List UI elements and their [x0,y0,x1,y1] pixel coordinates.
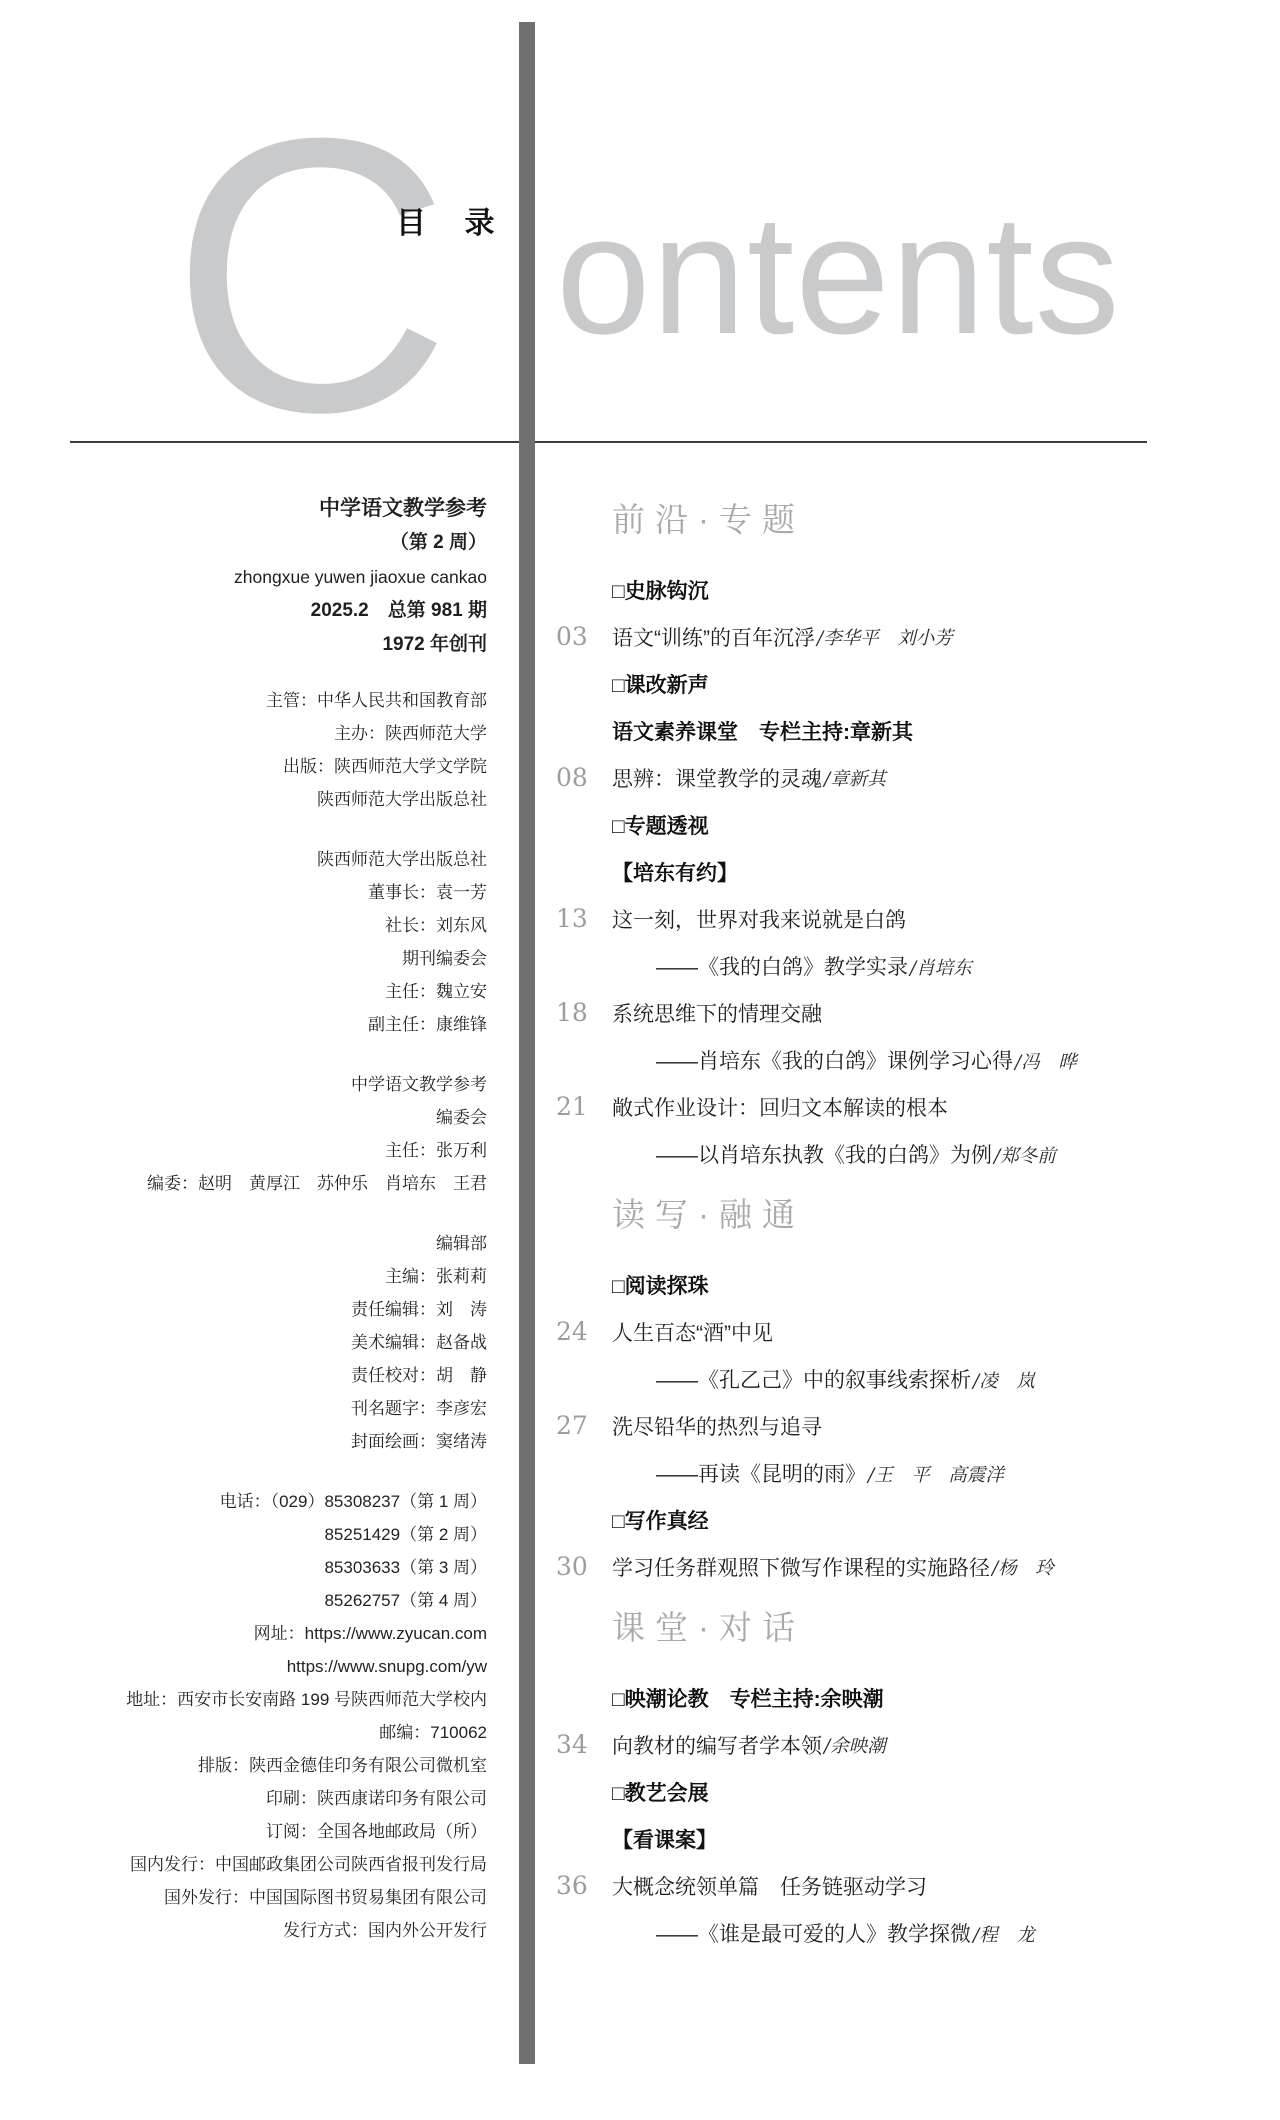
column-header: □教艺会展 [556,1777,709,1807]
toc-entry: □写作真经 [556,1496,1236,1543]
contents-list: 前沿·专题□史脉钩沉03语文“训练”的百年沉浮/李华平 刘小芳□课改新声语文素养… [556,500,1236,1956]
info-line: 责任编辑：刘 涛 [55,1293,487,1326]
info-line: 编委：赵明 黄厚江 苏仲乐 肖培东 王君 [55,1167,487,1200]
toc-entry: 27洗尽铅华的热烈与追寻 [556,1402,1236,1449]
info-line: 编辑部 [55,1227,487,1260]
masthead-block: 中学语文教学参考 （第 2 周） zhongxue yuwen jiaoxue … [55,492,487,662]
page-number: 27 [556,1411,612,1440]
page-number: 34 [556,1730,612,1759]
toc-entry: □教艺会展 [556,1768,1236,1815]
toc-entry: 36大概念统领单篇 任务链驱动学习 [556,1862,1236,1909]
toc-entry: □课改新声 [556,660,1236,707]
issue-number: 2025.2 总第 981 期 [55,594,487,628]
vertical-divider-bar [519,22,535,2064]
info-line: 期刊编委会 [55,942,487,975]
toc-entry: □史脉钩沉 [556,566,1236,613]
article-subtitle-text: ——《我的白鸽》教学实录 [656,956,908,979]
toc-cn-title: 目 录 [396,198,508,242]
column-header: □史脉钩沉 [556,575,709,605]
info-line: 发行方式：国内外公开发行 [55,1914,487,1947]
toc-entry: ——《谁是最可爱的人》教学探微/程 龙 [556,1909,1236,1956]
toc-entry: 21敞式作业设计：回归文本解读的根本 [556,1083,1236,1130]
info-block: 电话：（029）85308237（第 1 周）85251429（第 2 周）85… [55,1485,487,1947]
page-number: 30 [556,1552,612,1581]
article-title: 学习任务群观照下微写作课程的实施路径 [612,1552,990,1582]
info-line: 社长：刘东风 [55,909,487,942]
contents-watermark-c: C [170,80,452,470]
info-line: 陕西师范大学出版总社 [55,783,487,816]
info-line: 主任：魏立安 [55,975,487,1008]
toc-entry: □专题透视 [556,801,1236,848]
page-number: 36 [556,1871,612,1900]
article-authors: /余映潮 [824,1732,886,1758]
section-heading: 读写·融通 [612,1195,1236,1235]
article-subtitle: ——《谁是最可爱的人》教学探微/程 龙 [556,1918,1035,1948]
article-authors: /冯 晔 [1015,1052,1077,1073]
info-line: https://www.snupg.com/yw [55,1650,487,1683]
article-authors: /凌 岚 [973,1371,1035,1392]
info-line: 陕西师范大学出版总社 [55,843,487,876]
info-line: 印刷：陕西康诺印务有限公司 [55,1782,487,1815]
info-line: 主任：张万利 [55,1134,487,1167]
toc-entry: 34向教材的编写者学本领/余映潮 [556,1721,1236,1768]
toc-page: C ontents 目 录 中学语文教学参考 （第 2 周） zhongxue … [0,0,1280,2120]
info-block: 编辑部主编：张莉莉责任编辑：刘 涛美术编辑：赵备战责任校对：胡 静刊名题字：李彦… [55,1227,487,1458]
info-line: 董事长：袁一芳 [55,876,487,909]
info-line: 85303633（第 3 周） [55,1551,487,1584]
column-header: □写作真经 [556,1505,709,1535]
article-title: 系统思维下的情理交融 [612,998,822,1028]
article-subtitle: ——再读《昆明的雨》/王 平 高震洋 [556,1458,1004,1488]
info-line: 地址：西安市长安南路 199 号陕西师范大学校内 [55,1683,487,1716]
info-line: 85262757（第 4 周） [55,1584,487,1617]
article-subtitle-text: ——再读《昆明的雨》 [656,1463,866,1486]
page-number: 08 [556,763,612,792]
article-authors: /李华平 刘小芳 [817,624,953,650]
toc-entry: 18系统思维下的情理交融 [556,989,1236,1036]
info-line: 封面绘画：窦绪涛 [55,1425,487,1458]
page-number: 03 [556,622,612,651]
article-authors: /程 龙 [973,1925,1035,1946]
article-authors: /郑冬前 [994,1146,1056,1167]
article-authors: /章新其 [824,765,886,791]
toc-entry: ——再读《昆明的雨》/王 平 高震洋 [556,1449,1236,1496]
info-line: 主办：陕西师范大学 [55,717,487,750]
article-subtitle: ——《孔乙己》中的叙事线索探析/凌 岚 [556,1364,1035,1394]
column-header: □专题透视 [556,810,709,840]
page-number: 21 [556,1092,612,1121]
info-line: 85251429（第 2 周） [55,1518,487,1551]
article-title: 敞式作业设计：回归文本解读的根本 [612,1092,948,1122]
info-line: 美术编辑：赵备战 [55,1326,487,1359]
toc-entry: 【看课案】 [556,1815,1236,1862]
article-title: 这一刻，世界对我来说就是白鸽 [612,904,906,934]
info-block: 主管：中华人民共和国教育部主办：陕西师范大学出版：陕西师范大学文学院陕西师范大学… [55,684,487,816]
article-title: 人生百态“酒”中见 [612,1317,773,1347]
article-subtitle: ——肖培东《我的白鸽》课例学习心得/冯 晔 [556,1045,1077,1075]
page-number: 18 [556,998,612,1027]
info-line: 订阅：全国各地邮政局（所） [55,1815,487,1848]
article-title: 洗尽铅华的热烈与追寻 [612,1411,822,1441]
article-authors: /王 平 高震洋 [868,1465,1004,1486]
info-block: 中学语文教学参考编委会主任：张万利编委：赵明 黄厚江 苏仲乐 肖培东 王君 [55,1068,487,1200]
toc-entry: □阅读探珠 [556,1261,1236,1308]
info-line: 责任校对：胡 静 [55,1359,487,1392]
article-subtitle-text: ——以肖培东执教《我的白鸽》为例 [656,1144,992,1167]
info-line: 邮编：710062 [55,1716,487,1749]
info-line: 副主任：康维锋 [55,1008,487,1041]
article-subtitle-text: ——《谁是最可爱的人》教学探微 [656,1923,971,1946]
toc-entry: 30学习任务群观照下微写作课程的实施路径/杨 玲 [556,1543,1236,1590]
column-header: 【培东有约】 [556,857,738,887]
info-line: 排版：陕西金德佳印务有限公司微机室 [55,1749,487,1782]
publication-info: 主管：中华人民共和国教育部主办：陕西师范大学出版：陕西师范大学文学院陕西师范大学… [55,684,487,1947]
toc-entry: ——以肖培东执教《我的白鸽》为例/郑冬前 [556,1130,1236,1177]
column-host-line: 语文素养课堂 专栏主持:章新其 [556,716,913,746]
column-header: 【看课案】 [556,1824,717,1854]
header-rule-right [535,441,1147,443]
journal-title: 中学语文教学参考 [55,492,487,526]
toc-entry: ——《我的白鸽》教学实录/肖培东 [556,942,1236,989]
section-heading: 课堂·对话 [612,1608,1236,1648]
article-authors: /杨 玲 [992,1554,1054,1580]
toc-entry: 13这一刻，世界对我来说就是白鸽 [556,895,1236,942]
info-line: 国内发行：中国邮政集团公司陕西省报刊发行局 [55,1848,487,1881]
toc-entry: 03语文“训练”的百年沉浮/李华平 刘小芳 [556,613,1236,660]
info-line: 中学语文教学参考 [55,1068,487,1101]
journal-pinyin: zhongxue yuwen jiaoxue cankao [55,560,487,594]
article-authors: /肖培东 [910,958,972,979]
article-title: 向教材的编写者学本领 [612,1730,822,1760]
info-line: 网址：https://www.zyucan.com [55,1617,487,1650]
issue-week: （第 2 周） [55,526,487,560]
toc-entry: ——肖培东《我的白鸽》课例学习心得/冯 晔 [556,1036,1236,1083]
masthead-column: 中学语文教学参考 （第 2 周） zhongxue yuwen jiaoxue … [55,492,487,1947]
article-subtitle-text: ——《孔乙己》中的叙事线索探析 [656,1369,971,1392]
info-line: 刊名题字：李彦宏 [55,1392,487,1425]
toc-entry: 【培东有约】 [556,848,1236,895]
toc-entry: 08思辨：课堂教学的灵魂/章新其 [556,754,1236,801]
article-title: 思辨：课堂教学的灵魂 [612,763,822,793]
info-line: 出版：陕西师范大学文学院 [55,750,487,783]
article-subtitle: ——《我的白鸽》教学实录/肖培东 [556,951,972,981]
info-line: 电话：（029）85308237（第 1 周） [55,1485,487,1518]
section-heading: 前沿·专题 [612,500,1236,540]
article-title: 大概念统领单篇 任务链驱动学习 [612,1871,927,1901]
article-subtitle-text: ——肖培东《我的白鸽》课例学习心得 [656,1050,1013,1073]
column-header: □映潮论教 专栏主持:余映潮 [556,1683,884,1713]
toc-entry: □映潮论教 专栏主持:余映潮 [556,1674,1236,1721]
info-line: 国外发行：中国国际图书贸易集团有限公司 [55,1881,487,1914]
info-block: 陕西师范大学出版总社董事长：袁一芳社长：刘东风期刊编委会主任：魏立安副主任：康维… [55,843,487,1041]
info-line: 编委会 [55,1101,487,1134]
founded-year: 1972 年创刊 [55,628,487,662]
column-header: □课改新声 [556,669,709,699]
info-line: 主编：张莉莉 [55,1260,487,1293]
article-title: 语文“训练”的百年沉浮 [612,622,815,652]
page-number: 24 [556,1317,612,1346]
page-number: 13 [556,904,612,933]
column-header: □阅读探珠 [556,1270,709,1300]
toc-entry: 24人生百态“酒”中见 [556,1308,1236,1355]
toc-entry: 语文素养课堂 专栏主持:章新其 [556,707,1236,754]
contents-watermark-rest: ontents [556,190,1121,360]
toc-entry: ——《孔乙己》中的叙事线索探析/凌 岚 [556,1355,1236,1402]
info-line: 主管：中华人民共和国教育部 [55,684,487,717]
article-subtitle: ——以肖培东执教《我的白鸽》为例/郑冬前 [556,1139,1056,1169]
header-rule-left [70,441,519,443]
